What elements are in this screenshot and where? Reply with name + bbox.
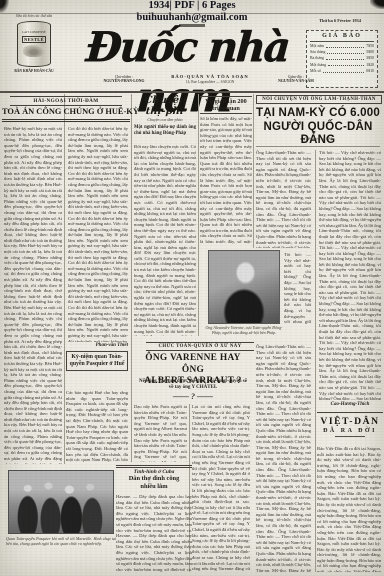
nam-ky-col1: Ông Lâm-thạnh-Thân nói: — Theo chỗ tôi d… bbox=[256, 150, 311, 248]
group-photo-caption: Quan Toàn-quyền Pasquier khi mới về tới … bbox=[6, 537, 116, 560]
nestle-tagline: Sữa tốt hơn các thứ sữa bbox=[6, 14, 62, 19]
nam-ky-signature: Cao-Hương-Thích bbox=[319, 402, 381, 407]
toa-an-signature: Phan-văn Thiết bbox=[68, 343, 128, 348]
masthead-title: Đuốc nhà nam bbox=[60, 22, 314, 74]
masthead-rule bbox=[0, 91, 384, 93]
viet-dan-block: VIỆT-DÂN ĐÃ RA ĐỜI bbox=[317, 412, 383, 437]
gian-lan-headline: Vụ gian lận 200 triệu quan bbox=[200, 96, 252, 114]
chuyen-lead: Một người thiếu-nợ đánh ông chủ nhà hàng… bbox=[134, 125, 196, 137]
toa-an-kicker: HẢI-NGOẠI THỜI-ĐÀM bbox=[10, 96, 122, 106]
office-address: 14, Rue Lagrandière — SAIGON bbox=[154, 80, 266, 85]
varenne-col1: Dạo nầy bên Paris người ta bàn-tán nhiều… bbox=[134, 404, 187, 462]
newspaper-scan-page: 1934| PDF | 6 Pages buihuuhanh@gmail.com… bbox=[0, 0, 384, 576]
portrait-caption: Ông Alexandre Varenne, cựu Toàn-quyền Đô… bbox=[202, 326, 286, 341]
viet-dan-subhead: ĐÃ RA ĐỜI bbox=[317, 427, 383, 435]
portrait-photo bbox=[208, 250, 280, 324]
masthead-date: Thứ ba 6 Février 1934 bbox=[300, 18, 380, 23]
toa-an-col2: Coi đó thì đủ biết dân-trí bên ấy mở-man… bbox=[68, 126, 128, 342]
price-box-title: GIÁ BÁO bbox=[310, 32, 374, 42]
group-photo bbox=[8, 470, 114, 534]
nestle-can-brand: NESTLÉ bbox=[22, 36, 46, 43]
viet-dan-body: Báo Việt-Dân đã ra đời tại Saigon, mỗi t… bbox=[317, 446, 381, 572]
varenne-ornament: —— ? —— bbox=[138, 392, 248, 401]
nestle-caption: BÁN KHẮP HOÀN-CẦU bbox=[6, 69, 62, 73]
chuyen-title: Chuyện thị-phi bbox=[133, 95, 197, 117]
nestle-ad: Sữa tốt hơn các thứ sữa LAIT CONDENSÉ NE… bbox=[6, 14, 62, 73]
nam-ky-col1-beside-photo: Tôi hỏi: — Vậy chớ nhà-nước có hay biết … bbox=[284, 252, 311, 324]
chuyen-body: Đời nay lắm chuyện nực cười. Có người th… bbox=[134, 144, 196, 336]
nestle-can-illustration: LAIT CONDENSÉ NESTLÉ bbox=[17, 21, 51, 67]
nam-ky-col2: Tôi hỏi: — Vậy chớ nhà-nước có hay biết … bbox=[319, 150, 381, 400]
nam-ky-col1-cont: Ông Lâm-thạnh-Thân nói: — Theo chỗ tôi d… bbox=[256, 344, 311, 572]
varenne-col2: Lại có tin nói rằng nếu ông Varenne đặng… bbox=[192, 404, 250, 572]
masthead-right-credit: Giám-đốc : NGUYỄN-VĂN-SÂM bbox=[268, 75, 324, 84]
nestle-can-label-top: LAIT CONDENSÉ bbox=[22, 31, 46, 35]
cuba-body: Havane. — Dây thép đánh qua cho hay rằng… bbox=[116, 494, 192, 572]
varenne-kicker: CHỨC TOÀN-QUYỀN Ở XỨ NẦY bbox=[146, 342, 254, 351]
nestle-can-art bbox=[23, 45, 45, 57]
masthead-office: BÁO-QUÁN VÀ TÒA SOẠN 14, Rue Lagrandière… bbox=[154, 74, 266, 84]
toa-an-headline: TOÀ ÁN CÔNG CHÚNG Ở HUÊ-KỲ bbox=[2, 107, 130, 122]
nam-ky-kicker: NÓI CHUYỆN VỚI ÔNG LÂM-THẠNH-THÂN bbox=[256, 95, 382, 104]
chuyen-subtitle: Chuyện con tầm-phào bbox=[134, 118, 196, 123]
cuba-headline: Dân thợ đình công nhiều lắm bbox=[116, 475, 192, 490]
masthead-left-credit: Chủ-nhiệm : NGUYỄN-PHAN-LONG bbox=[96, 75, 152, 84]
varenne-deck: Nếu ông Varenne được thì chắc phó Toàn-q… bbox=[138, 379, 248, 391]
ky-niem-body: Các báo ngoài Huế cho hay rằng nhơn dịp … bbox=[66, 390, 128, 464]
cuba-block: Tình-hình ở Cuba Dân thợ đình công nhiều… bbox=[116, 465, 192, 490]
toa-an-col1: Bên Huê-kỳ mới bày ra một cái toà án rất… bbox=[4, 126, 62, 464]
nam-ky-note: (Tiếp theo và hết) bbox=[256, 137, 380, 142]
gian-lan-body: Số là hôm trước đây, sở mật-thám Paris c… bbox=[200, 116, 252, 246]
overlay-line1: 1934| PDF | 6 Pages bbox=[0, 0, 384, 12]
ky-niem-headline: Kỷ-niệm quan Toàn-quyền Pasquier ở Huế bbox=[66, 351, 128, 371]
viet-dan-headline: VIỆT-DÂN bbox=[317, 416, 383, 427]
price-row: Mỗi số0$10 bbox=[310, 68, 374, 74]
